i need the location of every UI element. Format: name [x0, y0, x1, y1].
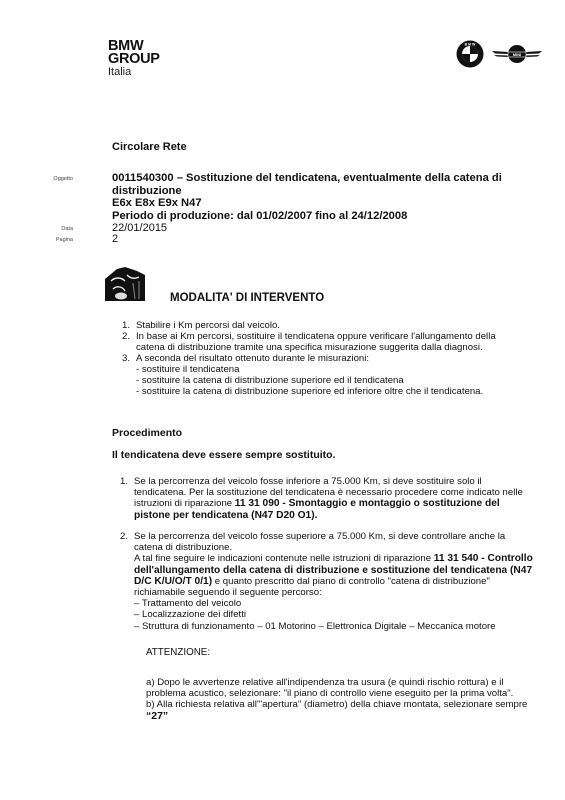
logo-line-group: GROUP — [108, 53, 160, 66]
procedure-item-1: 1. Se la percorrenza del veicolo fosse i… — [134, 476, 534, 521]
procedimento-subtitle: Il tendicatena deve essere sempre sostit… — [112, 449, 336, 461]
attention-heading: ATTENZIONE: — [146, 647, 210, 658]
path-step: – Trattamento del veicolo — [134, 598, 534, 609]
bmw-roundel-icon: B M W — [456, 40, 484, 68]
svg-text:B M W: B M W — [465, 43, 476, 47]
note-a: a) Dopo le avvertenze relative all'indip… — [146, 677, 546, 699]
bmw-group-logo: BMW GROUP Italia — [108, 40, 160, 78]
pagina-label: Pagina — [33, 237, 73, 243]
document-type: Circolare Rete — [112, 141, 187, 153]
procedimento-heading: Procedimento — [112, 427, 182, 439]
date-value: 22/01/2015 — [112, 222, 167, 234]
intervention-steps: 1. Stabilire i Km percorsi dal veicolo. … — [122, 320, 542, 397]
path-step: – Struttura di funzionamento – 01 Motori… — [134, 621, 534, 632]
engine-photo-icon — [103, 265, 147, 301]
svg-text:MINI: MINI — [513, 52, 521, 57]
procedure-item-2: 2. Se la percorrenza del veicolo fosse s… — [134, 531, 534, 632]
section-title: MODALITA' DI INTERVENTO — [170, 292, 324, 304]
note-b: b) Alla richiesta relativa all'"apertura… — [146, 699, 546, 721]
production-period: Periodo di produzione: dal 01/02/2007 fi… — [112, 210, 532, 223]
step-item: 2. In base ai Km percorsi, sostituire il… — [122, 331, 542, 353]
data-label: Data — [33, 226, 73, 232]
subject: 0011540300 – Sostituzione del tendicaten… — [112, 172, 532, 222]
step-item: 3. A seconda del risultato ottenuto dura… — [122, 353, 542, 397]
attention-notes: a) Dopo le avvertenze relative all'indip… — [146, 677, 546, 722]
subject-line: distribuzione — [112, 185, 532, 198]
subject-line: 0011540300 – Sostituzione del tendicaten… — [112, 172, 532, 185]
vehicle-models: E6x E8x E9x N47 — [112, 197, 532, 210]
oggetto-label: Oggetto — [33, 176, 73, 182]
key-size-value: “27” — [146, 710, 168, 722]
path-step: – Localizzazione dei difetti — [134, 609, 534, 620]
logo-line-italia: Italia — [108, 66, 160, 78]
page-number: 2 — [112, 233, 118, 245]
mini-logo-icon: MINI — [490, 44, 544, 64]
step-item: 1. Stabilire i Km percorsi dal veicolo. — [122, 320, 542, 331]
